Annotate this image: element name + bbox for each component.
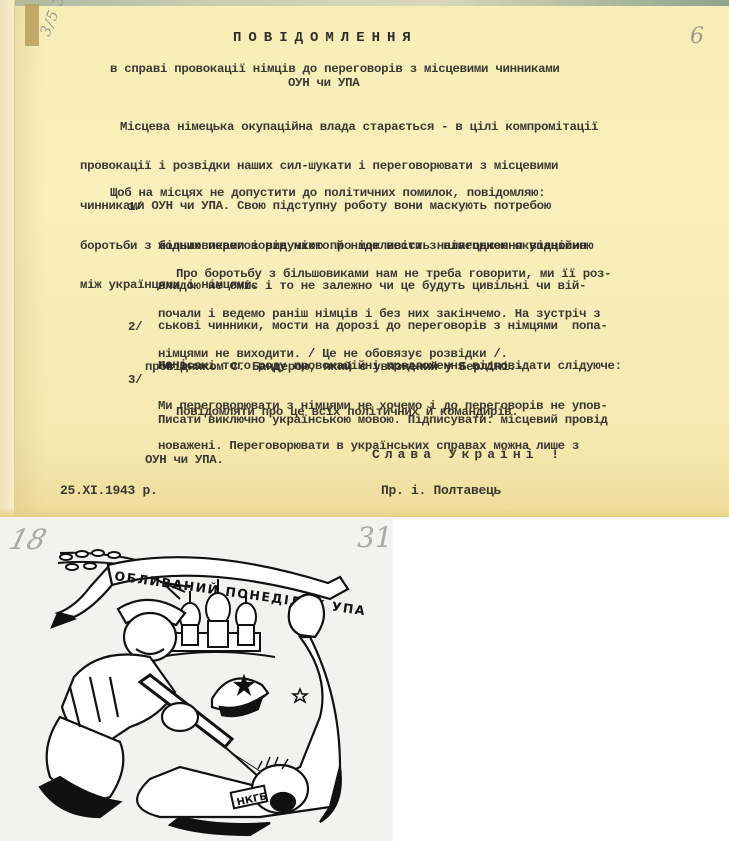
paper-shadow — [14, 0, 44, 517]
intro-line: Щоб на місцях не допустити до політичних… — [110, 187, 545, 200]
item-3-body: Писати виключно українською мовою. Підпи… — [145, 388, 608, 494]
document-subtitle-line2: ОУН чи УПА — [288, 77, 359, 90]
closing-line: Повідомляти про це всіх політичних й ком… — [176, 406, 519, 419]
typed-document: 3/5 34 6 ПОВІДОМЛЕННЯ в справі провокаці… — [0, 0, 729, 517]
scan-edge — [0, 0, 729, 6]
item-3-number: 3/ — [128, 374, 142, 387]
item-2-number: 2/ — [128, 321, 142, 334]
document-title: ПОВІДОМЛЕННЯ — [233, 30, 418, 46]
document-date: 25.XI.1943 р. — [60, 484, 158, 497]
document-subtitle: в справі провокації німців до переговорі… — [110, 63, 560, 76]
paragraph-1-first-line: Місцева німецька окупаційна влада старає… — [120, 121, 598, 134]
star-icon — [293, 689, 307, 702]
slogan: Слава Україні ! — [372, 448, 564, 461]
woodcut-drawing: ОБЛИВАНИЙ ПОНЕДІЛОК УПА — [0, 517, 393, 841]
item-1-number: 1/ — [128, 201, 142, 214]
item-1-continuation-first: Про боротьбу з більшовиками нам не треба… — [176, 268, 611, 281]
paper-bottom-edge — [0, 507, 729, 517]
propaganda-illustration: 18 31 ОБЛИВАНИЙ ПОНЕДІЛОК УПА — [0, 517, 393, 841]
sheet-number: 6 — [690, 24, 704, 49]
paper-left-edge — [0, 0, 15, 517]
text-line: почали і ведемо раніш німців і без них з… — [158, 308, 600, 321]
text-line: чинниками ОУН чи УПА. Свою підступну роб… — [80, 200, 587, 213]
item-2-last-line: провідником С. Бандерою, який є увязнени… — [145, 361, 523, 374]
text-line: провокації і розвідки наших сил-шукати і… — [80, 160, 587, 173]
text-line: жодних переговорів ніхто й ніде вести з … — [158, 240, 608, 253]
soldier-hand — [162, 703, 198, 731]
binding-tape — [25, 4, 39, 46]
officer-cap — [212, 677, 268, 716]
signature: Пр. і. Полтавець — [381, 484, 501, 497]
